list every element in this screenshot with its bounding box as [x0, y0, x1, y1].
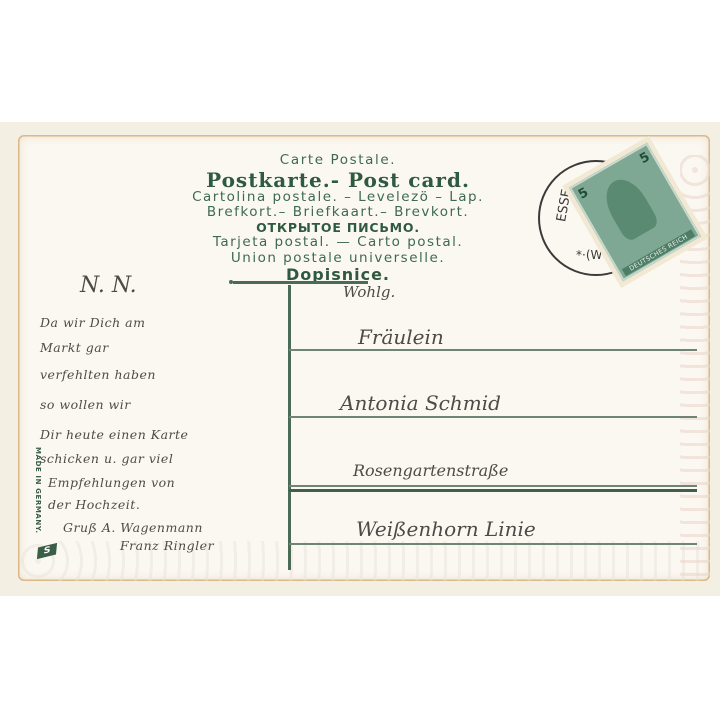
address-name: Antonia Schmid — [340, 391, 501, 415]
address-line-1 — [289, 349, 697, 351]
message-line: verfehlten haben — [40, 367, 156, 382]
publisher-logo-icon: S — [37, 543, 57, 559]
message-line: schicken u. gar viel — [40, 451, 173, 466]
address-honorific: Wohlg. — [343, 283, 395, 301]
header-cartolina: Cartolina postale. – Levelezö – Lap. — [118, 191, 558, 205]
address-line-3-thick — [289, 489, 697, 492]
header-brefkort: Brefkort.– Briefkaart.– Brevkort. — [118, 206, 558, 220]
message-signature: Gruß A. Wagenmann — [63, 520, 203, 535]
header-tarjeta: Tarjeta postal. — Carto postal. — [118, 236, 558, 250]
message-line: Markt gar — [40, 340, 109, 355]
message-signature: Franz Ringler — [120, 538, 214, 553]
header-postkarte: Postkarte.- Post card. — [118, 170, 558, 190]
message-line: so wollen wir — [40, 397, 131, 412]
postcard-header: Carte Postale. Postkarte.- Post card. Ca… — [118, 154, 558, 283]
header-union: Union postale universelle. — [118, 252, 558, 266]
address-line-2 — [289, 416, 697, 418]
message-line: Da wir Dich am — [40, 315, 145, 330]
address-city: Weißenhorn Linie — [356, 517, 536, 541]
message-salutation: N. N. — [80, 273, 137, 298]
header-carte-postale: Carte Postale. — [118, 154, 558, 168]
message-line: Empfehlungen von — [48, 475, 175, 490]
made-in-germany-label: MADE IN GERMANY. — [34, 447, 42, 534]
message-line: Dir heute einen Karte — [40, 427, 188, 442]
divider-vertical — [288, 285, 291, 570]
address-title: Fräulein — [358, 325, 444, 349]
address-street: Rosengartenstraße — [353, 461, 508, 480]
message-line: der Hochzeit. — [48, 497, 140, 512]
postcard-back: Carte Postale. Postkarte.- Post card. Ca… — [18, 135, 710, 581]
address-line-3 — [289, 485, 697, 487]
header-russian: ОТКРЫТОЕ ПИСЬМО. — [118, 222, 558, 235]
address-line-4 — [289, 543, 697, 545]
